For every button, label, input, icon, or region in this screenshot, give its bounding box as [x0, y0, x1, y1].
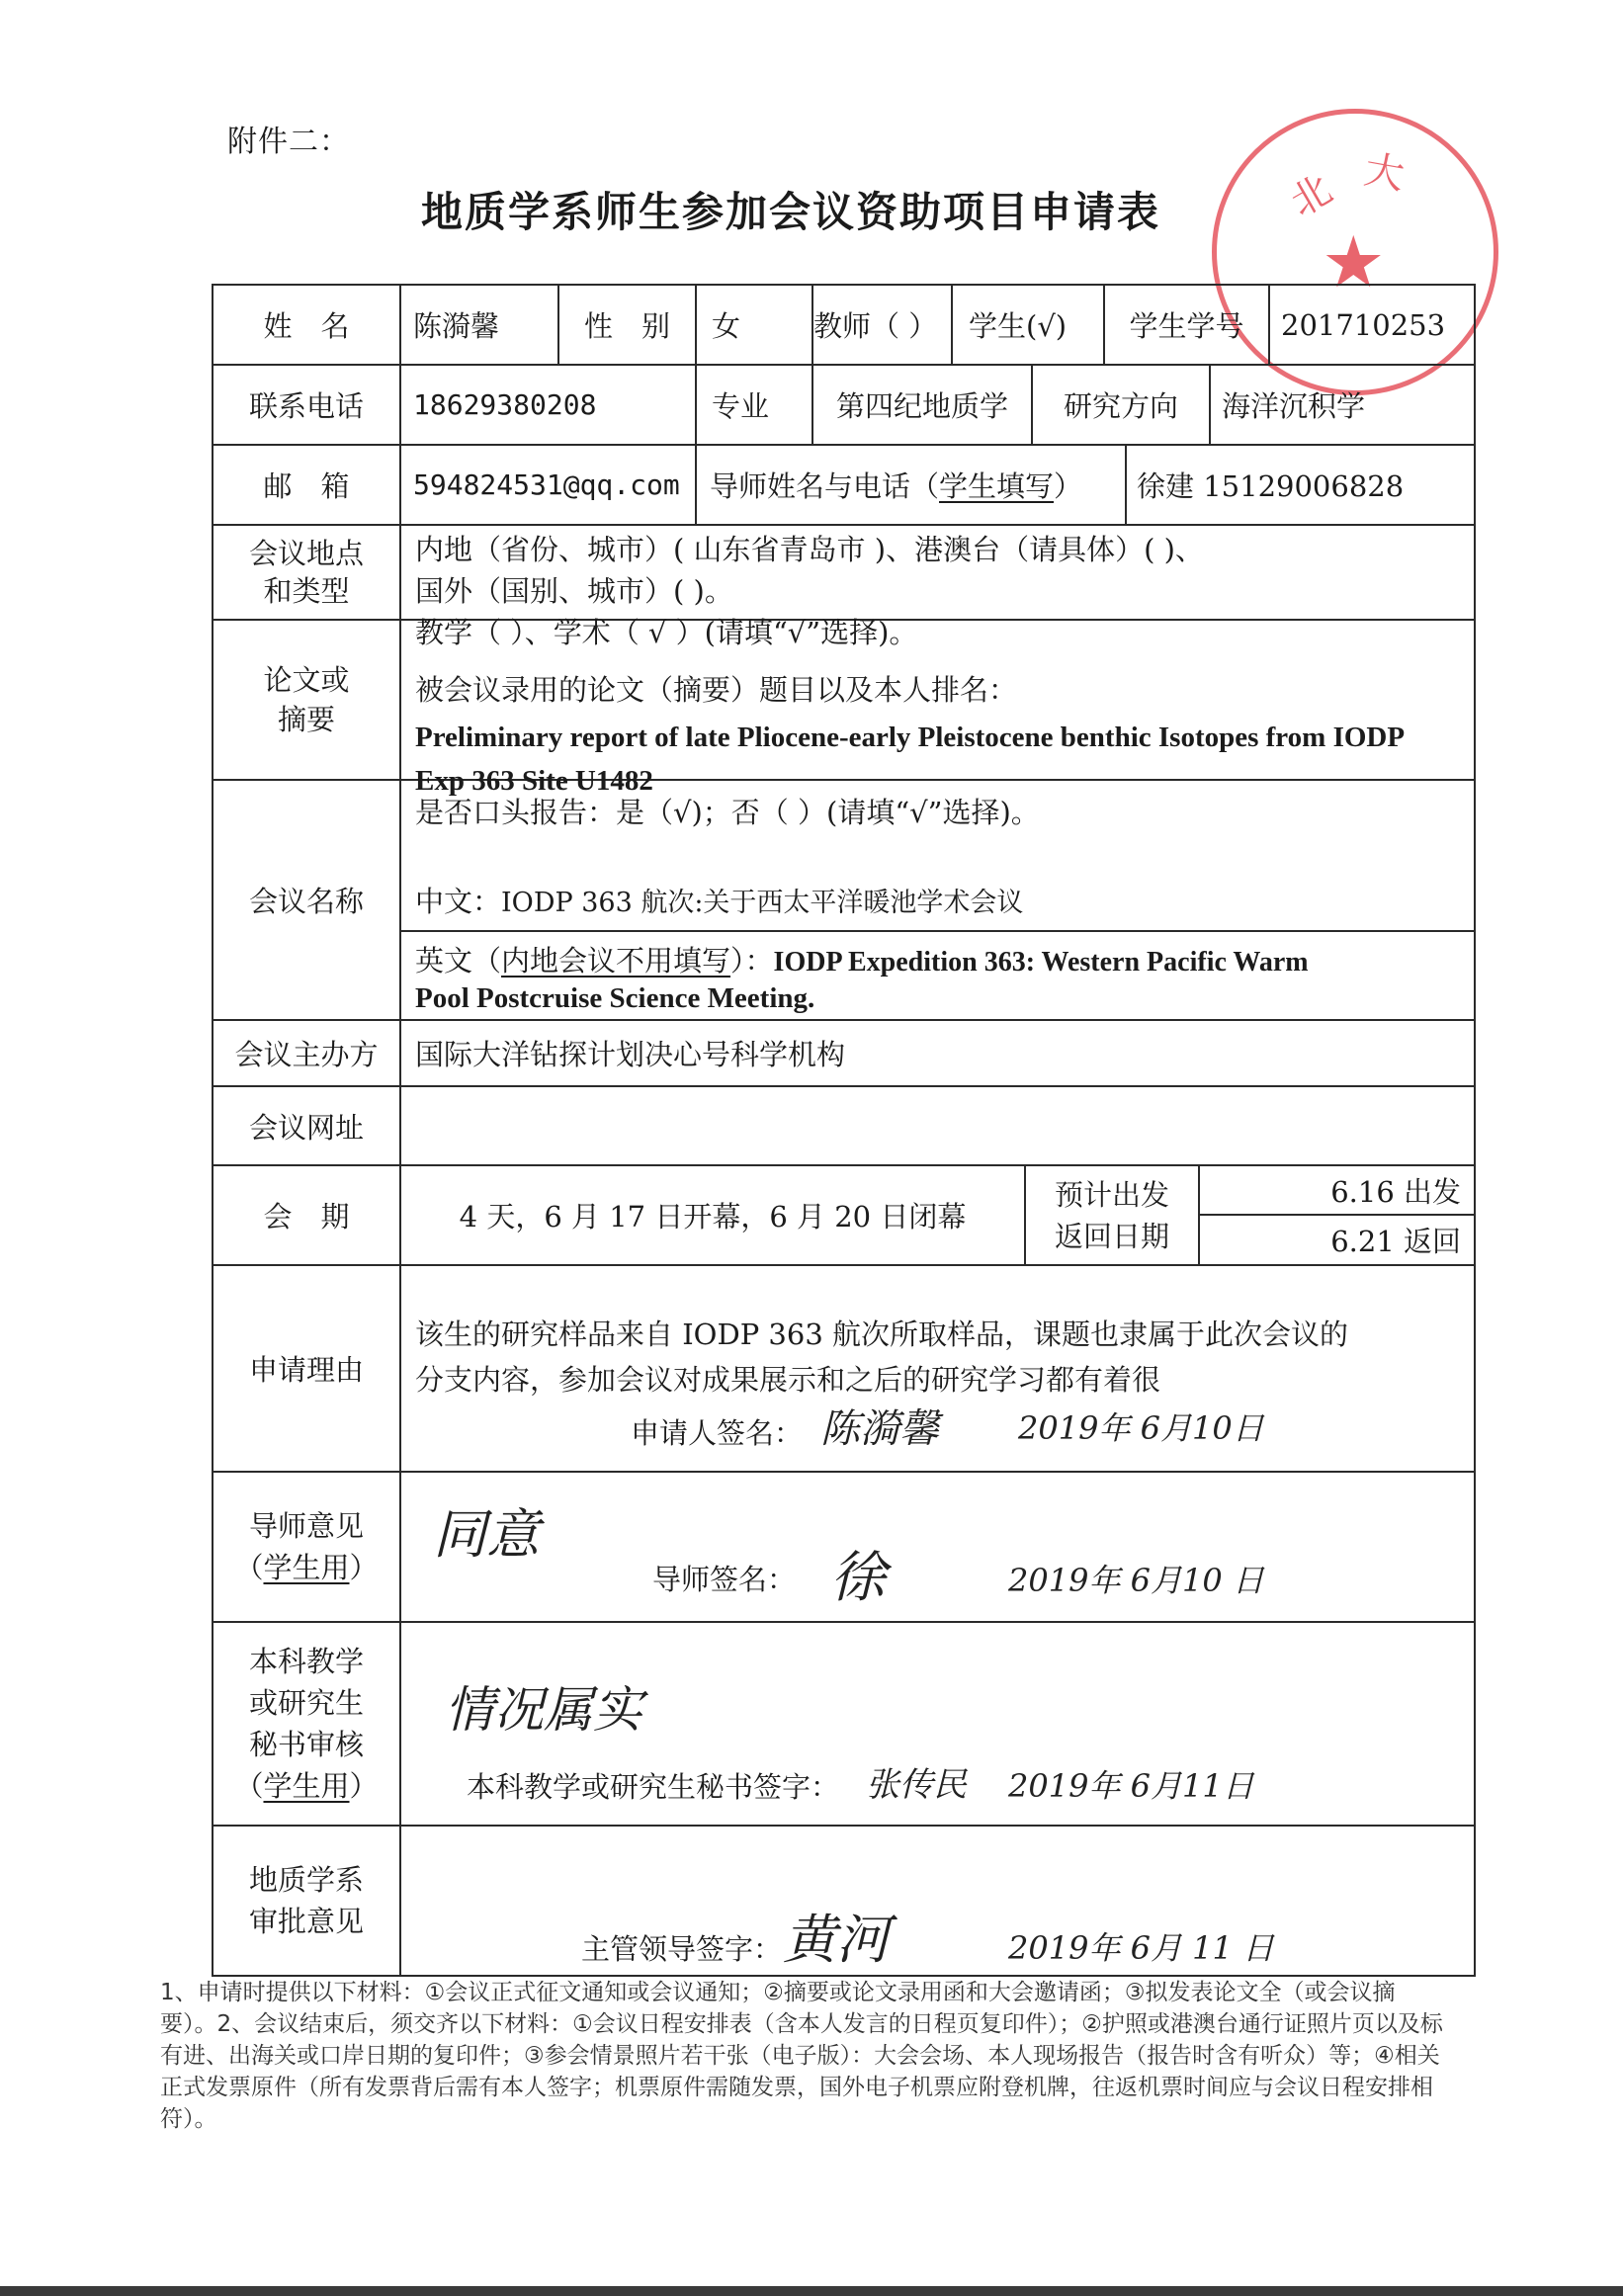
paper-label-line: 论文或 [263, 660, 349, 700]
student-id-field[interactable]: 201710253 [1281, 286, 1474, 364]
major-field[interactable]: 第四纪地质学 [813, 366, 1031, 444]
advisor-signature-label: 导师签名： [652, 1558, 796, 1598]
advisor-label-suffix: ） [1054, 465, 1082, 505]
paper-label-line: 摘要 [278, 700, 335, 739]
reason-label: 申请理由 [214, 1266, 399, 1471]
advisor-opinion: 同意 [433, 1492, 540, 1569]
organizer-label: 会议主办方 [214, 1021, 399, 1085]
student-use-note: 学生用 [263, 1769, 349, 1803]
website-field[interactable] [415, 1087, 1473, 1164]
footnotes: 1、申请时提供以下材料：①会议正式征文通知或会议通知；②摘要或论文录用函和大会邀… [160, 1977, 1445, 2135]
row-divider [212, 1825, 1476, 1827]
gender-field[interactable]: 女 [712, 286, 811, 364]
website-label: 会议网址 [214, 1087, 399, 1164]
location-abroad-line[interactable]: 国外（国别、城市）( )。 [415, 569, 733, 610]
col-divider [1268, 284, 1270, 364]
secretary-sign-date: 2019年 6月11日 [1008, 1761, 1254, 1807]
label-column-divider [399, 284, 401, 1977]
meeting-name-en[interactable]: 英文（内地会议不用填写）：IODP Expedition 363: Wester… [415, 939, 1309, 979]
paren: ） [350, 1551, 379, 1584]
advisor-label-note: 学生填写 [939, 465, 1054, 505]
department-label-line: 地质学系 [249, 1859, 364, 1901]
advisor-label: 导师姓名与电话（学生填写） [710, 446, 1125, 524]
secretary-label-line: 秘书审核 [249, 1724, 364, 1765]
location-label-line: 和类型 [263, 572, 349, 610]
email-label: 邮 箱 [214, 446, 399, 524]
form-title: 地质学系师生参加会议资助项目申请表 [421, 180, 1160, 239]
paper-title-line1[interactable]: Preliminary report of late Pliocene-earl… [415, 722, 1405, 754]
secretary-signature: 张传民 [866, 1757, 967, 1806]
organizer-field[interactable]: 国际大洋钻探计划决心号科学机构 [415, 1021, 1473, 1085]
student-id-label: 学生学号 [1105, 286, 1268, 364]
travel-label-line: 预计出发 [1055, 1174, 1169, 1216]
scan-edge [0, 2286, 1623, 2296]
student-use-note: 学生用 [263, 1551, 349, 1584]
meeting-name-cn[interactable]: 中文：IODP 363 航次:关于西太平洋暖池学术会议 [415, 880, 1023, 920]
meeting-name-en-line2[interactable]: Pool Postcruise Science Meeting. [415, 982, 814, 1015]
paper-prompt: 被会议录用的论文（摘要）题目以及本人排名： [415, 668, 1017, 709]
secretary-review-label: 本科教学 或研究生 秘书审核 （学生用） [214, 1623, 399, 1825]
applicant-sign-date: 2019年 6月10日 [1018, 1403, 1264, 1449]
attachment-label: 附件二： [227, 117, 350, 160]
email-field[interactable]: 594824531@qq.com [413, 446, 695, 524]
leader-signature-label: 主管领导签字： [581, 1927, 782, 1968]
paren: （ [234, 1551, 263, 1584]
col-divider [695, 284, 697, 364]
paper-label: 论文或 摘要 [214, 621, 399, 779]
return-date-field[interactable]: 6.21 返回 [1200, 1216, 1461, 1264]
col-divider [1125, 444, 1127, 524]
major-label: 专业 [712, 366, 811, 444]
advisor-opinion-label-line: 导师意见 [249, 1505, 364, 1547]
gender-label: 性 别 [559, 286, 695, 364]
meeting-name-label: 会议名称 [214, 781, 399, 1019]
research-direction-label: 研究方向 [1033, 366, 1209, 444]
secretary-label-line: 或研究生 [249, 1682, 364, 1724]
advisor-signature: 徐 [830, 1534, 886, 1613]
meeting-name-en-prefix: 英文（ [415, 944, 501, 978]
col-divider [951, 284, 953, 364]
seal-char: 北 [1278, 159, 1340, 227]
name-label: 姓 名 [214, 286, 399, 364]
phone-label: 联系电话 [214, 366, 399, 444]
col-divider [695, 444, 697, 524]
name-field[interactable]: 陈漪馨 [413, 286, 557, 364]
row-divider [212, 1621, 1476, 1623]
row-divider [212, 1471, 1476, 1473]
applicant-signature: 陈漪馨 [820, 1398, 939, 1454]
oral-report-line[interactable]: 是否口头报告：是（√)；否（ ）(请填“√”选择)。 [415, 791, 1040, 831]
table-border-right [1474, 284, 1476, 1977]
meeting-name-en-suffix: ）： [730, 944, 774, 978]
advisor-label-prefix: 导师姓名与电话（ [710, 465, 939, 505]
period-field[interactable]: 4 天，6 月 17 日开幕，6 月 20 日闭幕 [401, 1166, 1024, 1264]
leader-sign-date: 2019年 6月 11 日 [1008, 1923, 1274, 1969]
secretary-label-line: 本科教学 [249, 1641, 364, 1682]
secretary-signature-label: 本科教学或研究生秘书签字： [467, 1765, 839, 1806]
location-label: 会议地点 和类型 [214, 526, 399, 619]
location-domestic-line[interactable]: 内地（省份、城市）( 山东省青岛市 )、港澳台（请具体）( )、 [415, 528, 1204, 568]
depart-date-field[interactable]: 6.16 出发 [1200, 1166, 1461, 1214]
advisor-field[interactable]: 徐建 15129006828 [1137, 446, 1474, 524]
meeting-type-line[interactable]: 教学（ ）、学术（ √ ）(请填“√”选择)。 [415, 611, 917, 651]
reason-text-line1[interactable]: 该生的研究样品来自 IODP 363 航次所取样品，课题也隶属于此次会议的 [415, 1313, 1348, 1353]
row-divider [212, 779, 1476, 781]
teacher-option[interactable]: 教师（ ） [813, 286, 951, 364]
col-divider [695, 364, 697, 444]
advisor-opinion-label: 导师意见 （学生用） [214, 1473, 399, 1621]
secretary-opinion: 情况属实 [445, 1670, 642, 1742]
travel-dates-label: 预计出发 返回日期 [1026, 1166, 1198, 1264]
row-subdivider [399, 930, 1476, 932]
research-direction-field[interactable]: 海洋沉积学 [1222, 366, 1474, 444]
advisor-sign-date: 2019年 6月10 日 [1008, 1556, 1264, 1601]
seal-char: 大 [1360, 138, 1409, 201]
reason-text-line2[interactable]: 分支内容，参加会议对成果展示和之后的研究学习都有着很 [415, 1358, 1160, 1399]
travel-label-line: 返回日期 [1055, 1216, 1169, 1257]
period-label: 会 期 [214, 1166, 399, 1264]
paren: ） [350, 1769, 379, 1803]
col-divider [1209, 364, 1211, 444]
student-option[interactable]: 学生(√) [969, 286, 1103, 364]
meeting-name-en-value: IODP Expedition 363: Western Pacific War… [774, 947, 1309, 978]
meeting-name-cn-value: IODP 363 航次:关于西太平洋暖池学术会议 [501, 888, 1023, 918]
phone-field[interactable]: 18629380208 [413, 366, 695, 444]
row-divider [212, 1264, 1476, 1266]
row-divider [212, 524, 1476, 526]
paren: （ [234, 1769, 263, 1803]
leader-signature: 黄河 [783, 1898, 890, 1974]
department-approval-label: 地质学系 审批意见 [214, 1827, 399, 1975]
meeting-name-cn-prefix: 中文： [415, 885, 501, 918]
location-label-line: 会议地点 [249, 535, 364, 572]
department-label-line: 审批意见 [249, 1901, 364, 1942]
meeting-name-en-note: 内地会议不用填写 [501, 944, 730, 978]
applicant-signature-label: 申请人签名： [631, 1411, 803, 1452]
